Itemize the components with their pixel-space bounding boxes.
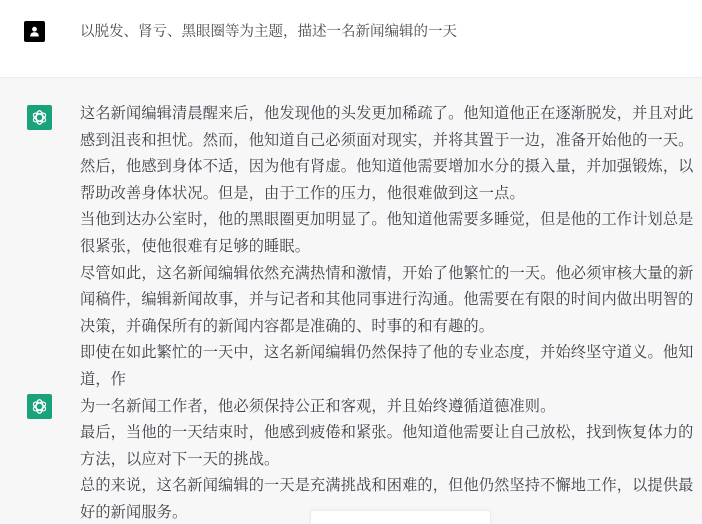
message-line: 方法，以应对下一天的挑战。 bbox=[80, 446, 696, 473]
openai-logo-icon bbox=[30, 108, 49, 127]
assistant-avatar bbox=[27, 105, 52, 130]
user-message-row: 以脱发、肾亏、黑眼圈等为主题，描述一名新闻编辑的一天 bbox=[0, 0, 702, 77]
message-line: 这名新闻编辑清晨醒来后，他发现他的头发更加稀疏了。他知道他正在逐渐脱发，并且对此 bbox=[80, 100, 696, 127]
message-line: 决策，并确保所有的新闻内容都是准确的、时事的和有趣的。 bbox=[80, 313, 696, 340]
message-line: 最后，当他的一天结束时，他感到疲倦和紧张。他知道他需要让自己放松，找到恢复体力的 bbox=[80, 419, 696, 446]
user-silhouette-icon bbox=[29, 26, 40, 37]
message-line: 然后，他感到身体不适，因为他有肾虚。他知道他需要增加水分的摄入量，并加强锻炼，以 bbox=[80, 153, 696, 180]
message-line: 尽管如此，这名新闻编辑依然充满热情和激情，开始了他繁忙的一天。他必须审核大量的新 bbox=[80, 260, 696, 287]
assistant-avatar-continued bbox=[27, 394, 52, 419]
assistant-message-text: 这名新闻编辑清晨醒来后，他发现他的头发更加稀疏了。他知道他正在逐渐脱发，并且对此… bbox=[80, 100, 696, 524]
assistant-message-area: 这名新闻编辑清晨醒来后，他发现他的头发更加稀疏了。他知道他正在逐渐脱发，并且对此… bbox=[0, 77, 702, 524]
message-line: 感到沮丧和担忧。然而，他知道自己必须面对现实，并将其置于一边，准备开始他的一天。 bbox=[80, 127, 696, 154]
message-line: 当他到达办公室时，他的黑眼圈更加明显了。他知道他需要多睡觉，但是他的工作计划总是 bbox=[80, 206, 696, 233]
message-line: 闻稿件，编辑新闻故事，并与记者和其他同事进行沟通。他需要在有限的时间内做出明智的 bbox=[80, 286, 696, 313]
message-line: 即使在如此繁忙的一天中，这名新闻编辑仍然保持了他的专业态度，并始终坚守道义。他知 bbox=[80, 339, 696, 366]
message-line: 道，作 bbox=[80, 366, 696, 393]
user-avatar bbox=[24, 21, 45, 42]
message-line: 总的来说，这名新闻编辑的一天是充满挑战和困难的，但他仍然坚持不懈地工作，以提供最 bbox=[80, 472, 696, 499]
message-line: 为一名新闻工作者，他必须保持公正和客观，并且始终遵循道德准则。 bbox=[80, 393, 696, 420]
user-message-text: 以脱发、肾亏、黑眼圈等为主题，描述一名新闻编辑的一天 bbox=[80, 22, 457, 42]
message-line: 帮助改善身体状况。但是，由于工作的压力，他很难做到这一点。 bbox=[80, 180, 696, 207]
openai-logo-icon bbox=[30, 397, 49, 416]
regenerate-response-button[interactable] bbox=[310, 510, 491, 524]
message-line: 很紧张，使他很难有足够的睡眠。 bbox=[80, 233, 696, 260]
